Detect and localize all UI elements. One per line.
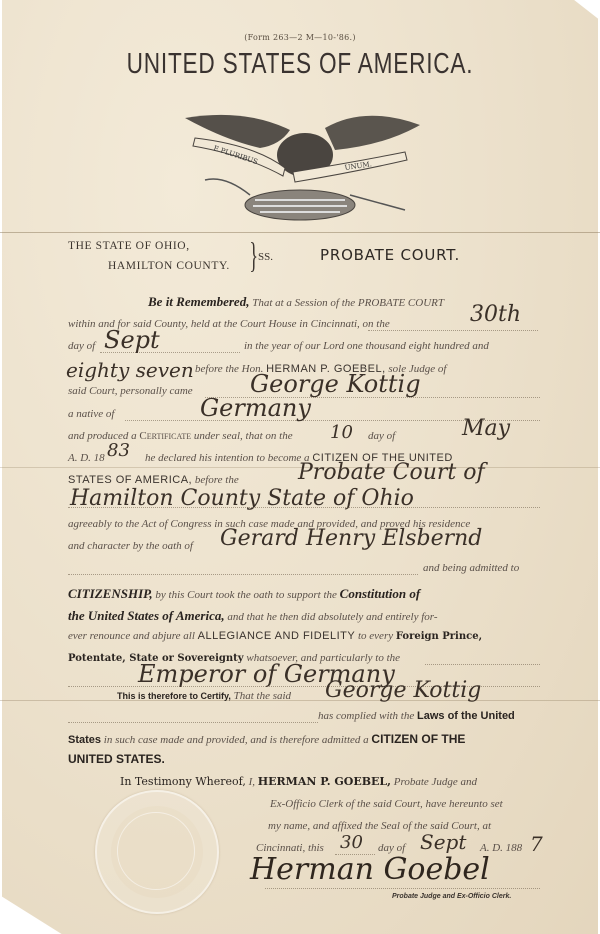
brace: } bbox=[249, 237, 258, 273]
foreign-prince: Foreign Prince, bbox=[396, 631, 482, 642]
handwritten-declaration-day: 10 bbox=[330, 422, 353, 443]
handwritten-testimony-year: 7 bbox=[530, 832, 543, 856]
body-text: Probate Judge and bbox=[394, 776, 477, 788]
body-text: and character by the oath of bbox=[68, 540, 193, 552]
field-line bbox=[425, 664, 540, 665]
usa-caps: STATES OF AMERICA, bbox=[68, 474, 192, 486]
county-label: HAMILTON COUNTY. bbox=[108, 260, 230, 272]
body-text: has complied with the bbox=[318, 710, 414, 722]
body-text: Ex-Officio Clerk of the said Court, have… bbox=[270, 798, 503, 810]
document-title: UNITED STATES OF AMERICA. bbox=[66, 48, 534, 81]
allegiance-caps: ALLEGIANCE AND FIDELITY bbox=[198, 630, 356, 642]
handwritten-testimony-day: 30 bbox=[340, 832, 363, 853]
body-text: by this Court took the oath to support t… bbox=[155, 589, 337, 601]
judge-signature: Herman Goebel bbox=[250, 852, 490, 887]
states-text: States bbox=[68, 734, 101, 746]
body-text: he declared his intention to become a bbox=[145, 452, 310, 464]
judge-name-bold: HERMAN P. GOEBEL, bbox=[258, 775, 391, 788]
handwritten-session-month: Sept bbox=[104, 326, 160, 354]
usa-bold: the United States of America, bbox=[68, 608, 225, 623]
certify-text: This is therefore to Certify, bbox=[117, 691, 231, 701]
ss-label: SS. bbox=[258, 251, 273, 263]
handwritten-year-words: eighty seven bbox=[66, 358, 194, 382]
body-text: to every bbox=[358, 630, 393, 642]
body-text: said Court, personally came bbox=[68, 385, 193, 397]
embossed-seal-icon bbox=[95, 790, 219, 914]
be-it-remembered: Be it Remembered, bbox=[148, 294, 249, 309]
handwritten-testimony-month: Sept bbox=[420, 830, 466, 854]
handwritten-witness-name: Gerard Henry Elsbernd bbox=[220, 526, 482, 551]
handwritten-declaration-year: 83 bbox=[107, 440, 130, 461]
testimony-heading: In Testimony Whereof, bbox=[120, 775, 246, 788]
united-states-bold: UNITED STATES. bbox=[68, 752, 165, 766]
body-text: a native of bbox=[68, 408, 114, 420]
fold-line bbox=[0, 232, 600, 233]
field-line bbox=[68, 507, 540, 508]
body-text: ever renounce and abjure all bbox=[68, 630, 195, 642]
citizenship-heading: CITIZENSHIP, bbox=[68, 586, 153, 601]
handwritten-native-country: Germany bbox=[200, 394, 311, 422]
body-text: and that he then did absolutely and enti… bbox=[227, 611, 437, 623]
seal-inner-ring bbox=[117, 812, 195, 890]
constitution-text: Constitution of bbox=[340, 586, 421, 601]
body-text: day of bbox=[368, 430, 395, 442]
body-text: before the bbox=[195, 474, 239, 486]
handwritten-certified-name: George Kottig bbox=[325, 678, 481, 703]
body-text: I, bbox=[249, 776, 255, 788]
field-line bbox=[68, 574, 418, 575]
body-text: A. D. 18 bbox=[68, 452, 105, 464]
fold-line bbox=[0, 700, 600, 701]
handwritten-court-line1: Probate Court of bbox=[298, 460, 485, 485]
signature-caption: Probate Judge and Ex-Officio Clerk. bbox=[392, 893, 511, 900]
handwritten-declaration-month: May bbox=[462, 416, 510, 441]
state-label: THE STATE OF OHIO, bbox=[68, 240, 190, 252]
certificate-word: Certificate bbox=[139, 430, 191, 442]
laws-text: Laws of the United bbox=[417, 710, 515, 722]
body-text: day of bbox=[68, 340, 95, 352]
body-text: under seal, that on the bbox=[194, 430, 293, 442]
body-text: That the said bbox=[234, 690, 291, 702]
handwritten-session-day: 30th bbox=[470, 302, 521, 327]
court-title: PROBATE COURT. bbox=[320, 246, 460, 264]
body-text: That at a Session of the PROBATE COURT bbox=[252, 297, 444, 309]
signature-line bbox=[265, 888, 540, 889]
field-line bbox=[368, 330, 538, 331]
eagle-emblem-icon: E PLURIBUS UNUM. bbox=[165, 100, 440, 225]
body-text: in the year of our Lord one thousand eig… bbox=[244, 340, 489, 352]
body-text: and being admitted to bbox=[423, 562, 519, 574]
body-text: in such case made and provided, and is t… bbox=[104, 734, 369, 746]
form-number: (Form 263—2 M—10-'86.) bbox=[0, 33, 600, 42]
citizen-bold: CITIZEN OF THE bbox=[371, 732, 465, 746]
field-line bbox=[68, 722, 318, 723]
